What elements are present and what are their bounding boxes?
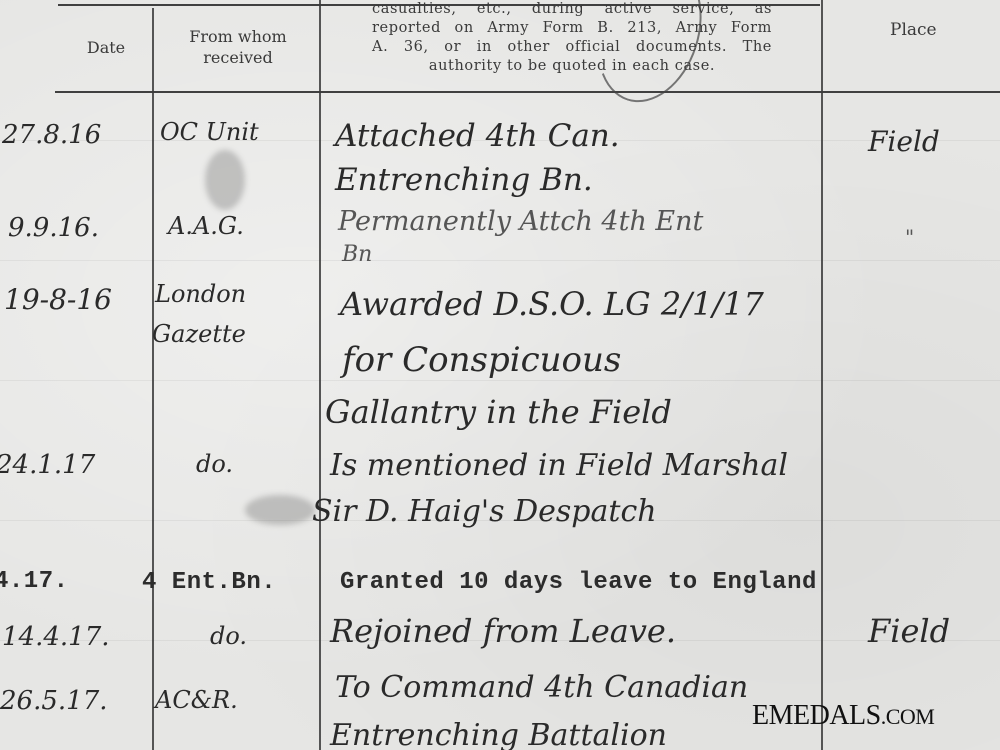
- header-line: From whom: [156, 26, 320, 47]
- column-header-description: casualties, etc., during active service,…: [322, 0, 822, 76]
- watermark-suffix: .COM: [881, 704, 935, 729]
- header-line: reported on Army Form B. 213, Army Form: [322, 19, 822, 38]
- entry-date: 19-8-16: [4, 283, 112, 316]
- fingerprint-smudge: [205, 150, 245, 210]
- header-line: A. 36, or in other official documents. T…: [322, 38, 822, 57]
- entry-text: Entrenching Battalion: [330, 718, 667, 750]
- column-divider: [152, 8, 154, 750]
- entry-text: Granted 10 days leave to England: [340, 569, 817, 596]
- entry-from: 4 Ent.Bn.: [142, 569, 276, 596]
- entry-text: Sir D. Haig's Despatch: [312, 494, 657, 529]
- entry-text: To Command 4th Canadian: [335, 670, 748, 705]
- entry-date: 14.4.17.: [2, 622, 110, 652]
- entry-text: for Conspicuous: [342, 340, 621, 380]
- entry-text: Bn: [342, 242, 372, 267]
- entry-place: Field: [868, 125, 940, 158]
- entry-place: ": [905, 225, 914, 249]
- entry-date: 9.9.16.: [8, 213, 99, 243]
- service-record-page: Date From whom received casualties, etc.…: [0, 0, 1000, 750]
- emedals-watermark: EMEDALS.COM: [752, 700, 934, 732]
- entry-text: Awarded D.S.O. LG 2/1/17: [340, 285, 764, 323]
- column-header-from-whom: From whom received: [156, 26, 320, 68]
- entry-date: 24.1.17: [0, 450, 95, 480]
- entry-text: Attached 4th Can.: [335, 118, 620, 154]
- entry-place: Field: [868, 612, 950, 650]
- watermark-main: EMEDALS: [752, 700, 881, 731]
- header-bottom-rule: [55, 91, 1000, 93]
- entry-text: Entrenching Bn.: [335, 162, 593, 198]
- fingerprint-smudge: [245, 495, 315, 525]
- entry-from: do.: [210, 622, 247, 650]
- entry-from: AC&R.: [155, 686, 238, 714]
- header-line: casualties, etc., during active service,…: [322, 0, 822, 19]
- entry-date: 27.8.16: [2, 120, 101, 150]
- entry-from: London: [155, 280, 246, 308]
- column-header-place: Place: [830, 20, 1000, 40]
- header-line: received: [156, 47, 320, 68]
- entry-text: Rejoined from Leave.: [330, 612, 676, 650]
- header-line: authority to be quoted in each case.: [322, 57, 822, 76]
- entry-from: A.A.G.: [168, 212, 244, 240]
- entry-from: do.: [196, 450, 233, 478]
- entry-date: 4.17.: [0, 568, 69, 595]
- column-divider: [319, 0, 321, 750]
- entry-text: Gallantry in the Field: [325, 393, 672, 431]
- entry-text: Permanently Attch 4th Ent: [338, 206, 703, 237]
- entry-from: OC Unit: [160, 118, 259, 146]
- entry-from: Gazette: [152, 320, 246, 348]
- entry-date: 26.5.17.: [0, 686, 108, 716]
- column-divider: [821, 0, 823, 750]
- entry-text: Is mentioned in Field Marshal: [330, 448, 788, 483]
- column-header-date: Date: [60, 38, 152, 57]
